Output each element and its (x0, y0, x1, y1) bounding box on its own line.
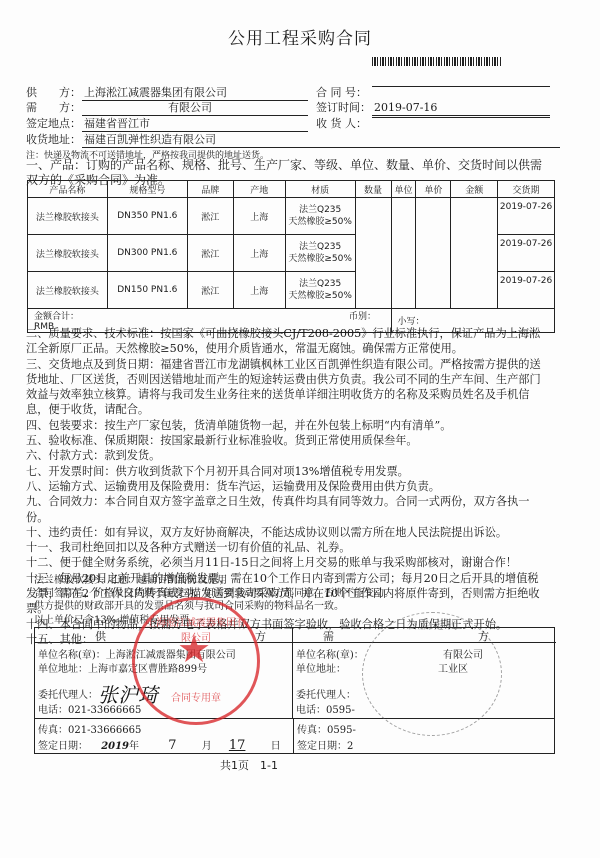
unit-price-cell (416, 235, 451, 272)
supplier-sign-date: 签定日期： 2019年 7 月 17 日 (38, 737, 281, 753)
product-table: 产品名称 规格型号 品牌 产地 材质 数量 单位 单价 金额 交货期 法兰橡胶软… (27, 180, 555, 333)
receiver-field: 收 货 人： (316, 117, 367, 131)
sign-month: 7 (168, 738, 176, 753)
spec-cell: DN300 PN1.6 (107, 235, 187, 272)
material-line: 天然橡胶≥50% (286, 216, 355, 228)
amount-cell (451, 272, 498, 309)
material-line: 天然橡胶≥50% (286, 290, 355, 302)
spec-cell: DN350 PN1.6 (107, 198, 187, 235)
supplier-company-stamp: ★ 上海淞江减震器集团有限公司 合同专用章 (132, 597, 260, 725)
document-title: 公用工程采购合同 (0, 24, 600, 49)
sign-place-field: 签定地点： 福建省晋江市 (26, 117, 81, 131)
contract-no-value (372, 86, 550, 87)
brand-cell: 淞江 (187, 198, 233, 235)
sign-place-value: 福建省晋江市 (82, 117, 308, 132)
delivery-date-cell: 2019-07-26 (498, 235, 555, 272)
buyer-label: 需 方： (26, 101, 81, 115)
col-header: 产品名称 (28, 181, 108, 198)
buyer-phone: 电话：0595- (296, 701, 355, 716)
receiver-label: 收 货 人： (316, 117, 367, 131)
buyer-unit-name-label: 单位名称(章)： (296, 646, 364, 661)
supplier-column-head: 供 (95, 628, 106, 644)
contract-no-field: 合 同 号： (316, 86, 367, 100)
remark-line: 合同签订后，价格及交货期不能变动，如需要变动要双方都同意，否则不能变动。 (34, 587, 554, 600)
remark-line: 供方提供的财政部开具的发票品名须与我司合同采购的物料品名一致。 (34, 600, 554, 613)
clause-item: 十一、我司杜绝回扣以及各种方式赠送一切有价值的礼品、礼券。 (26, 540, 546, 555)
buyer-fax: 传真：0595- (297, 721, 356, 736)
clause-item: 二、质量要求、技术标准：按国家《可曲挠橡胶接头CJ/T208-2005》行业标准… (26, 326, 546, 357)
col-header: 规格型号 (107, 181, 187, 198)
buyer-agent-label: 委托代理人： (296, 686, 356, 701)
stamp-bottom-text: 合同专用章 (135, 689, 257, 704)
col-header: 品牌 (187, 181, 233, 198)
supplier-field: 供 方： 上海淞江减震器集团有限公司 (26, 86, 81, 100)
sign-place-label: 签定地点： (26, 117, 81, 131)
buyer-unit-address-label: 单位地址： (296, 660, 346, 675)
product-name-cell: 法兰橡胶软接头 (28, 272, 108, 309)
sign-time-field: 签订时间： 2019-07-16 (316, 101, 371, 115)
sign-year: 2019 (101, 741, 129, 752)
unit-cell (391, 235, 416, 272)
sign-time-label: 签订时间： (316, 101, 371, 115)
remark-line: 法兰橡胶软接头 用途：越南百凯消防设施用 (34, 574, 554, 587)
table-header-row: 产品名称 规格型号 品牌 产地 材质 数量 单位 单价 金额 交货期 (28, 181, 555, 198)
sign-time-value: 2019-07-16 (372, 101, 550, 116)
col-header: 数量 (355, 181, 391, 198)
col-header: 交货期 (498, 181, 555, 198)
col-header: 材质 (285, 181, 355, 198)
barcode (372, 57, 502, 66)
material-line: 天然橡胶≥50% (286, 253, 355, 265)
table-row: 法兰橡胶软接头DN350 PN1.6淞江上海法兰Q235天然橡胶≥50%2019… (28, 198, 555, 235)
receiver-value (372, 117, 550, 118)
brand-cell: 淞江 (187, 272, 233, 309)
material-line: 法兰Q235 (286, 241, 355, 253)
buyer-field: 需 方： 有限公司 (26, 101, 81, 115)
buyer-value: 有限公司 (82, 101, 308, 116)
signature-block-bottom: 传真：021-33666665 签定日期： 2019年 7 月 17 日 传真：… (34, 718, 555, 754)
table-row: 法兰橡胶软接头DN150 PN1.6淞江上海法兰Q235天然橡胶≥50%2019… (28, 272, 555, 309)
clause-item: 四、包装要求：按生产厂家包装，货清单随货物一起，并在外包装上标明“内有清单”。 (26, 418, 546, 433)
brand-cell: 淞江 (187, 235, 233, 272)
clause-item: 十二、便于健全财务系统，必须当月11日-15日之间将上月交易的账单与我采购部核对… (26, 555, 546, 570)
buyer-sign-date: 签定日期：2 (297, 737, 353, 752)
delivery-date-cell: 2019-07-26 (498, 198, 555, 235)
supplier-label: 供 方： (26, 86, 81, 100)
table-row: 法兰橡胶软接头DN300 PN1.6淞江上海法兰Q235天然橡胶≥50%2019… (28, 235, 555, 272)
material-cell: 法兰Q235天然橡胶≥50% (285, 198, 355, 235)
delivery-address-value: 福建百凯弹性织造有限公司 (82, 133, 560, 148)
supplier-value: 上海淞江减震器集团有限公司 (82, 86, 308, 101)
quantity-cell (355, 198, 391, 235)
col-header: 产地 (233, 181, 285, 198)
unit-cell (391, 272, 416, 309)
origin-cell: 上海 (233, 272, 285, 309)
material-line: 法兰Q235 (286, 278, 355, 290)
product-name-cell: 法兰橡胶软接头 (28, 198, 108, 235)
clause-item: 八、运输方式、运输费用及保险费用：货车汽运，运输费用及保险费用由供方负责。 (26, 479, 546, 494)
quantity-cell (355, 235, 391, 272)
spec-cell: DN150 PN1.6 (107, 272, 187, 309)
delivery-date-cell: 2019-07-26 (498, 272, 555, 309)
col-header: 金额 (451, 181, 498, 198)
clause-item: 六、付款方式：款到发货。 (26, 448, 546, 463)
col-header: 单位 (391, 181, 416, 198)
contract-page: 公用工程采购合同 供 方： 上海淞江减震器集团有限公司 需 方： 有限公司 签定… (0, 0, 600, 858)
delivery-address-label: 收货地址： (26, 133, 81, 147)
unit-price-cell (416, 272, 451, 309)
clause-item: 三、交货地点及到货日期：福建省晋江市龙湖镇枫林工业区百凯弹性织造有限公司。严格按… (26, 357, 546, 418)
material-line: 法兰Q235 (286, 204, 355, 216)
supplier-agent-label: 委托代理人： (38, 686, 98, 701)
contract-no-label: 合 同 号： (316, 86, 367, 100)
page-footer: 共1页 1-1 (220, 757, 278, 773)
product-name-cell: 法兰橡胶软接头 (28, 235, 108, 272)
origin-cell: 上海 (233, 198, 285, 235)
clause-item: 七、开发票时间：供方收到货款下个月初开具合同对项13%增值税专用发票。 (26, 464, 546, 479)
origin-cell: 上海 (233, 235, 285, 272)
quantity-cell (355, 272, 391, 309)
clause-item: 十、违约责任：如有异议，双方友好协商解决，不能达成协议则以需方所在地人民法院提出… (26, 525, 546, 540)
buyer-stamp-text: 公 法 定 代 (363, 617, 501, 632)
clause-item: 五、验收标准、保质期限：按国家最新行业标准验收。货到正常使用质保叁年。 (26, 433, 546, 448)
buyer-company-stamp: 公 法 定 代 (362, 612, 502, 736)
supplier-fax: 传真：021-33666665 (38, 721, 141, 736)
sign-day: 17 (229, 738, 246, 753)
unit-cell (391, 198, 416, 235)
col-header: 单价 (416, 181, 451, 198)
amount-cell (451, 198, 498, 235)
material-cell: 法兰Q235天然橡胶≥50% (285, 272, 355, 309)
buyer-column-head: 需 (323, 628, 334, 644)
material-cell: 法兰Q235天然橡胶≥50% (285, 235, 355, 272)
delivery-address-field: 收货地址： 福建百凯弹性织造有限公司 (26, 133, 81, 147)
amount-cell (451, 235, 498, 272)
unit-price-cell (416, 198, 451, 235)
clause-item: 九、合同效力：本合同自双方签字盖章之日生效，传真件均具有同等效力。合同一式两份，… (26, 494, 546, 525)
